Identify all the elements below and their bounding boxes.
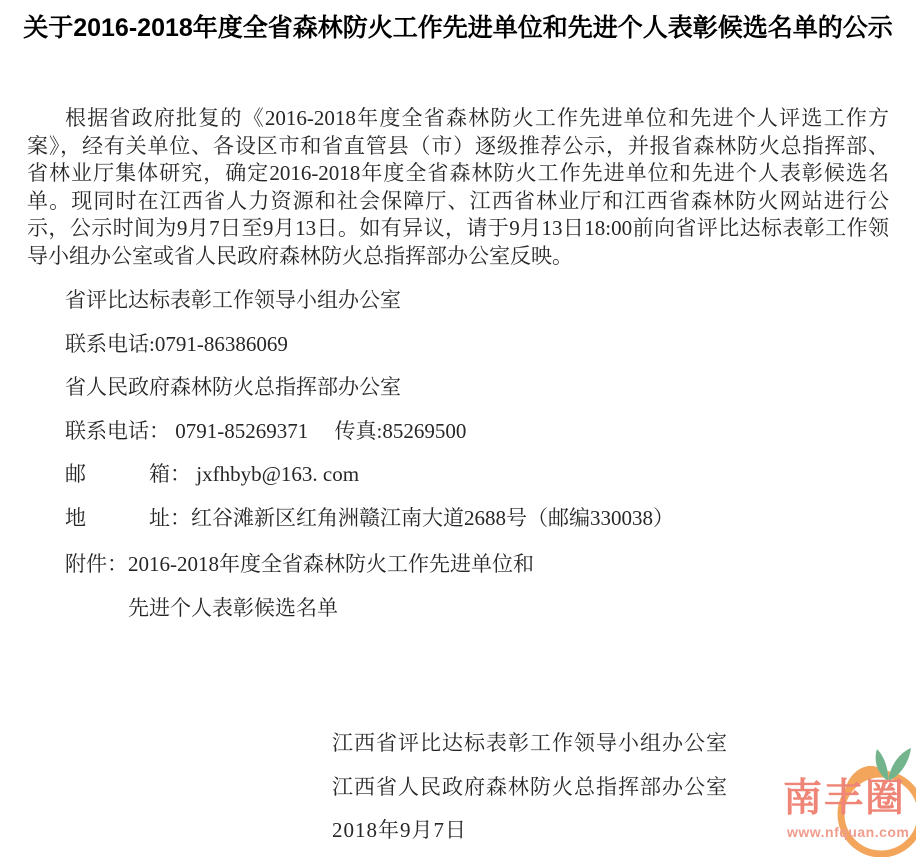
contact-phone-line: 联系电话:0791-86386069 (65, 333, 674, 355)
document-title: 关于2016-2018年度全省森林防火工作先进单位和先进个人表彰候选名单的公示 (0, 13, 916, 44)
attachment-line-2: 先进个人表彰候选名单 (128, 597, 338, 619)
contact-email-line: 邮 箱： jxfhbyb@163. com (65, 463, 674, 485)
body-paragraph: 根据省政府批复的《2016-2018年度全省森林防火工作先进单位和先进个人评选工… (27, 105, 889, 270)
paragraph-line: 单。现同时在江西省人力资源和社会保障厅、江西省林业厅和江西省森林防火网站进行公 (27, 188, 889, 216)
paragraph-line: 导小组办公室或省人民政府森林防火总指挥部办公室反映。 (27, 243, 889, 271)
paragraph-line: 根据省政府批复的《2016-2018年度全省森林防火工作先进单位和先进个人评选工… (27, 105, 889, 133)
contact-phone-fax-line: 联系电话： 0791-85269371 传真:85269500 (65, 420, 674, 442)
contact-address-line: 地 址：红谷滩新区红角洲赣江南大道2688号（邮编330038） (65, 507, 674, 529)
paragraph-line: 示，公示时间为9月7日至9月13日。如有异议，请于9月13日18:00前向省评比… (27, 215, 889, 243)
orange-circle-icon (841, 774, 916, 854)
contact-office-line: 省评比达标表彰工作领导小组办公室 (65, 289, 674, 311)
orange-fruit-icon (775, 735, 916, 857)
orange-curl-icon (849, 769, 881, 789)
paragraph-line: 省林业厅集体研究，确定2016-2018年度全省森林防火工作先进单位和先进个人表… (27, 160, 889, 188)
attachment-line-1: 附件：2016-2018年度全省森林防火工作先进单位和 (65, 553, 534, 575)
contact-info-block: 省评比达标表彰工作领导小组办公室 联系电话:0791-86386069 省人民政… (65, 289, 674, 529)
paragraph-line: 案》，经有关单位、各设区市和省直管县（市）逐级推荐公示，并报省森林防火总指挥部、 (27, 133, 889, 161)
leaf-icon (876, 748, 911, 781)
signature-date: 2018年9月7日 (332, 819, 728, 841)
announcement-page: 关于2016-2018年度全省森林防火工作先进单位和先进个人表彰候选名单的公示 … (0, 0, 916, 857)
signature-org-1: 江西省评比达标表彰工作领导小组办公室 (332, 732, 728, 754)
contact-office-line: 省人民政府森林防火总指挥部办公室 (65, 376, 674, 398)
signature-org-2: 江西省人民政府森林防火总指挥部办公室 (332, 776, 728, 798)
watermark-name: 南丰圈 (783, 779, 906, 819)
signature-block: 江西省评比达标表彰工作领导小组办公室 江西省人民政府森林防火总指挥部办公室 20… (332, 732, 728, 841)
watermark-url: www.nfquan.com (787, 824, 909, 840)
watermark-logo: 南丰圈 www.nfquan.com (775, 735, 916, 857)
